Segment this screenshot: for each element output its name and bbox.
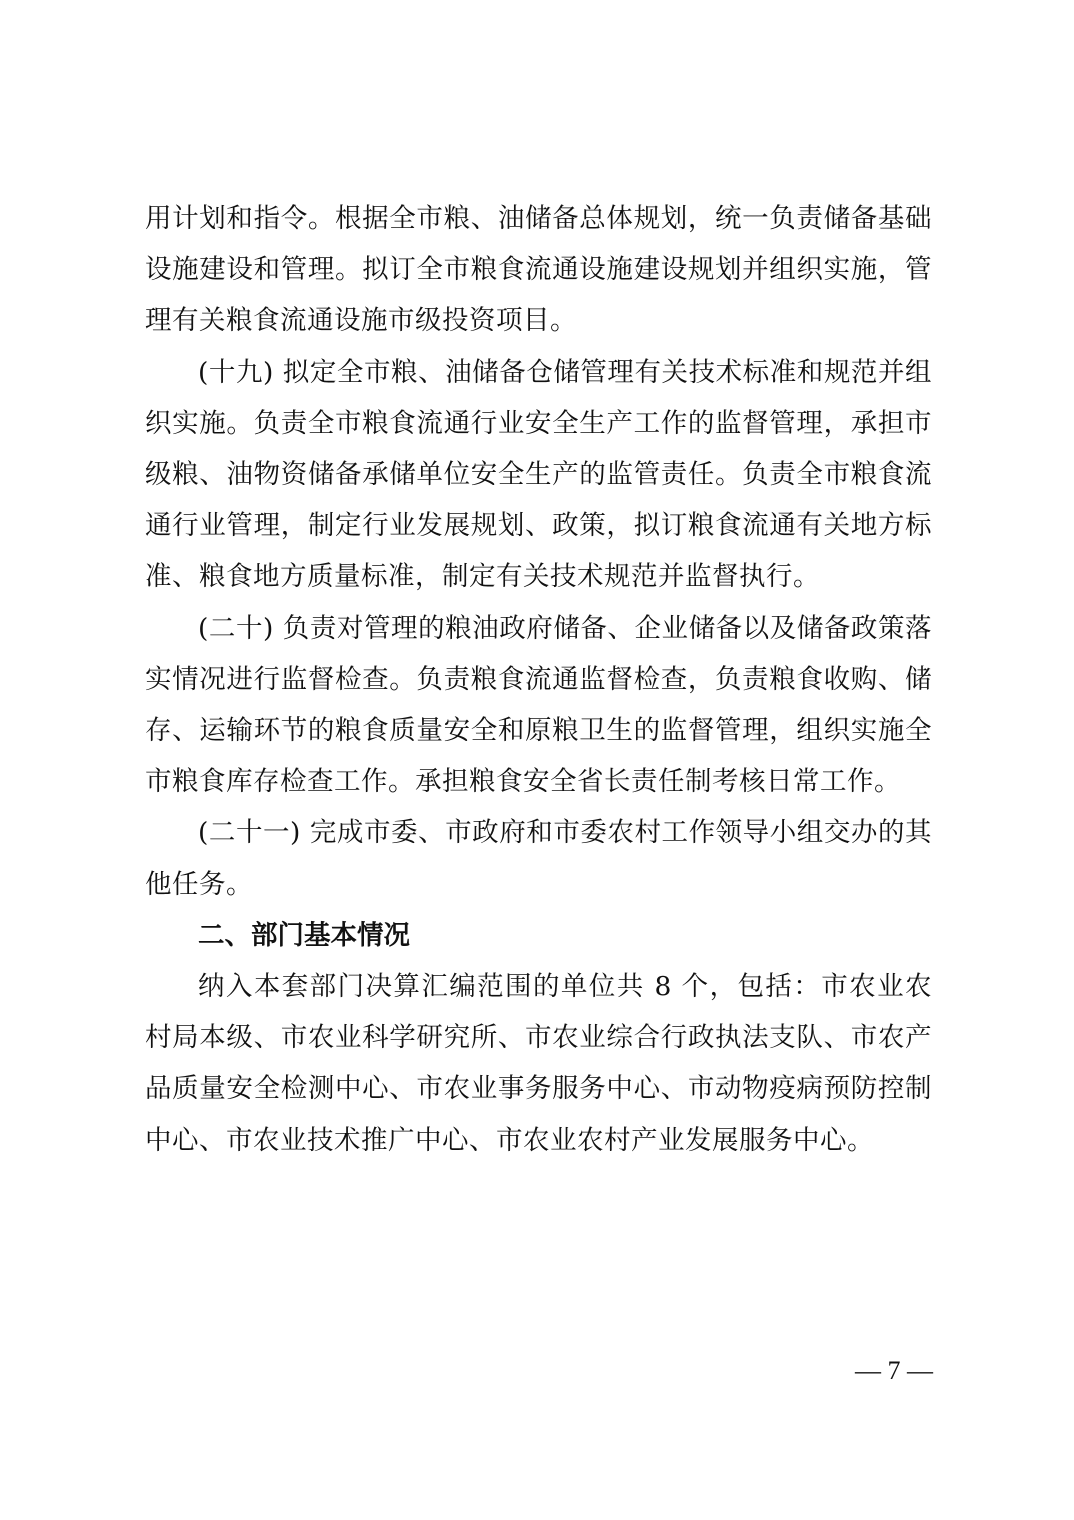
paragraph-department-units: 纳入本套部门决算汇编范围的单位共 8 个，包括：市农业农村局本级、市农业科学研究… (145, 961, 932, 1166)
paragraph-continuation: 用计划和指令。根据全市粮、油储备总体规划，统一负责储备基础设施建设和管理。拟订全… (145, 193, 932, 347)
paragraph-item-21: (二十一) 完成市委、市政府和市委农村工作领导小组交办的其他任务。 (145, 807, 932, 909)
paragraph-item-20: (二十) 负责对管理的粮油政府储备、企业储备以及储备政策落实情况进行监督检查。负… (145, 603, 932, 808)
page-number: — 7 — (843, 1356, 933, 1386)
section-heading: 二、部门基本情况 (145, 910, 932, 961)
paragraph-item-19: (十九) 拟定全市粮、油储备仓储管理有关技术标准和规范并组织实施。负责全市粮食流… (145, 347, 932, 603)
document-page: 用计划和指令。根据全市粮、油储备总体规划，统一负责储备基础设施建设和管理。拟订全… (0, 0, 1074, 1520)
document-body: 用计划和指令。根据全市粮、油储备总体规划，统一负责储备基础设施建设和管理。拟订全… (145, 193, 932, 1166)
